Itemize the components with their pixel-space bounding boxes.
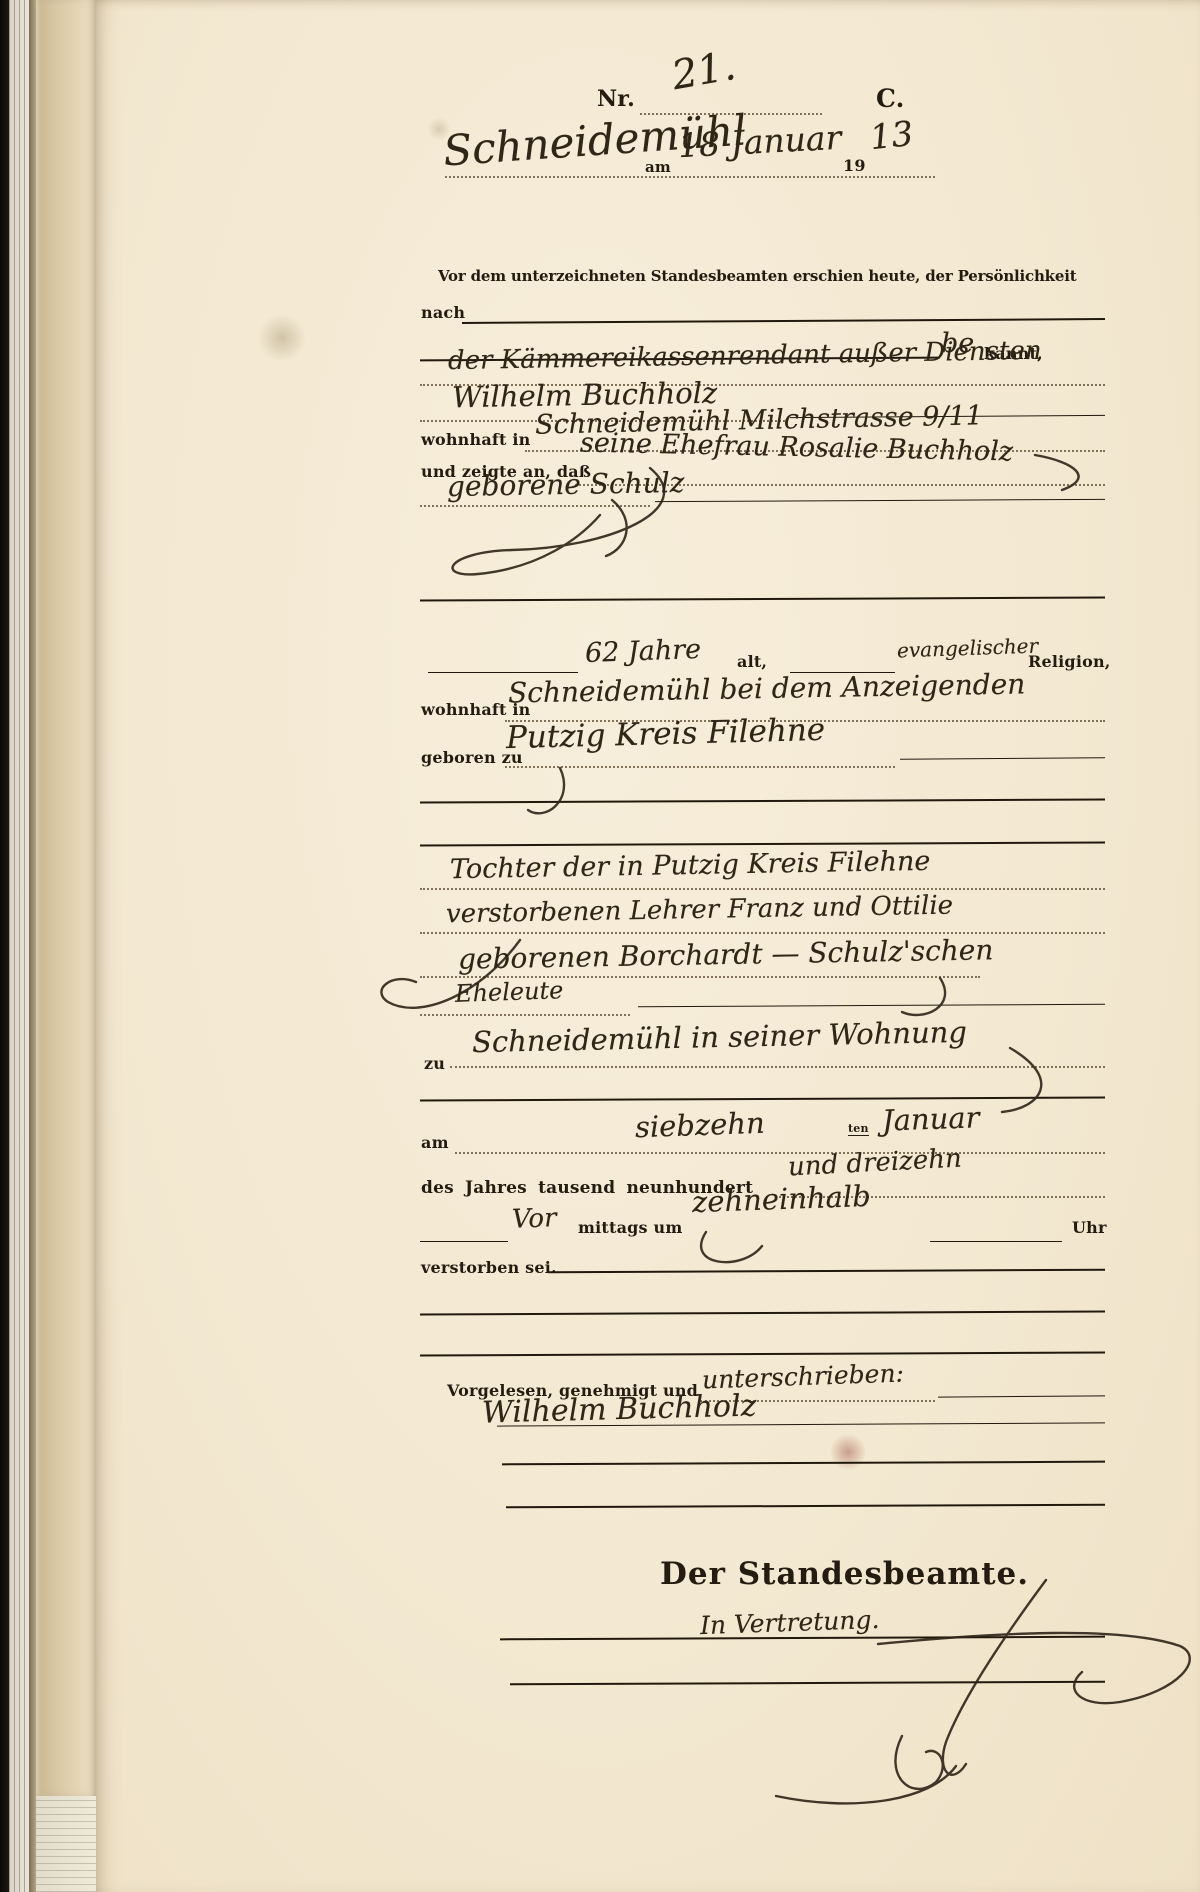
paper-stain xyxy=(256,315,308,361)
blank-line xyxy=(930,1241,1062,1242)
dotted-baseline xyxy=(505,766,895,768)
parents-line-4: Eheleute xyxy=(455,976,564,1008)
deceased-maiden-name: geborene Schulz xyxy=(447,466,685,503)
dotted-baseline xyxy=(420,1014,630,1016)
page-bottom-edge xyxy=(36,1796,96,1892)
am-label-2: am xyxy=(421,1133,449,1152)
nr-label: Nr. xyxy=(597,86,635,112)
wohnhaft-in-label: wohnhaft in xyxy=(421,430,530,449)
ten-superscript: ten xyxy=(848,1122,869,1136)
deceased-religion: evangelischer xyxy=(897,634,1039,663)
alt-label: alt, xyxy=(737,652,767,671)
death-month: Januar xyxy=(881,1100,980,1137)
vor-handwritten: Vor xyxy=(511,1203,557,1235)
standesbeamte-title: Der Standesbeamte. xyxy=(660,1556,1029,1592)
dotted-baseline xyxy=(420,888,1105,890)
binding-crease xyxy=(29,0,36,1892)
dotted-baseline xyxy=(420,505,650,507)
zu-label: zu xyxy=(424,1054,445,1073)
book-binding-edge xyxy=(0,0,9,1892)
intro-printed-line: Vor dem unterzeichneten Standesbeamten e… xyxy=(438,267,1076,285)
header-dotted-line xyxy=(445,176,935,178)
page-stack-edge xyxy=(9,0,29,1892)
year-printed: 19 xyxy=(843,156,866,175)
am-label: am xyxy=(645,158,671,176)
corner-letter: C. xyxy=(876,84,905,113)
declarant-signature: Wilhelm Buchholz xyxy=(482,1388,757,1430)
dotted-baseline xyxy=(450,1066,1105,1068)
religion-label: Religion, xyxy=(1028,652,1111,671)
death-time: zehneinhalb xyxy=(691,1179,871,1219)
page-left-edge xyxy=(36,0,96,1796)
uhr-label: Uhr xyxy=(1072,1218,1107,1237)
death-day: siebzehn xyxy=(634,1106,765,1145)
ink-stain xyxy=(831,1432,865,1472)
verstorben-sei-label: verstorben sei. xyxy=(421,1258,557,1277)
dotted-baseline xyxy=(420,932,1105,934)
year-handwritten: 13 xyxy=(868,114,915,158)
nach-label: nach xyxy=(421,303,465,322)
dotted-baseline xyxy=(455,1152,1105,1154)
blank-line xyxy=(428,672,578,673)
scanned-death-record: { "header": { "nr_label": "Nr.", "nr_val… xyxy=(0,0,1200,1892)
blank-line xyxy=(420,1241,508,1242)
mittags-um-label: mittags um xyxy=(578,1218,682,1237)
deceased-age: 62 Jahre xyxy=(584,634,701,669)
